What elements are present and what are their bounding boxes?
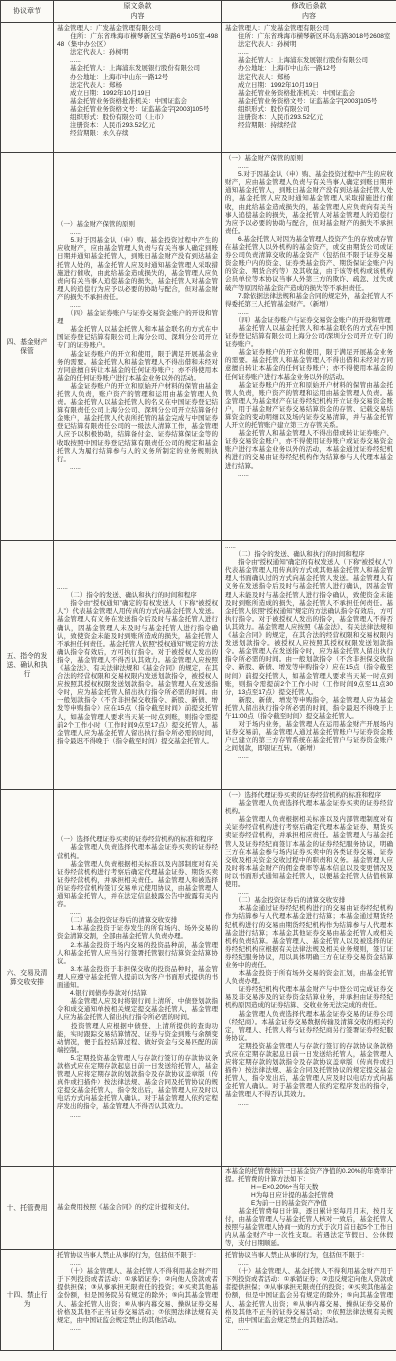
- revised-clause-text: 托管协议当事人禁止从事的行为，包括但不限于： ...... （十）基金管理人、基…: [225, 1252, 393, 1333]
- original-clause-cell: 托管协议当事人禁止从事的行为，包括但不限于： ...... （十）基金管理人、基…: [54, 1250, 222, 1351]
- chapter-cell: 十四、禁止行为: [1, 1250, 54, 1351]
- revised-clause-text: ...... （二）指令的发送、确认和执行的时间和程序 指令由“授权通知”确定的…: [225, 543, 393, 762]
- table-row-custody: 四、基金财产保管 （一）基金财产保管的原则 ...... 5.对于因基金认（申）…: [1, 153, 396, 541]
- chapter-cell: 六、交易及清算交收安排: [1, 790, 54, 1167]
- header-revised: 修改后条款 内容: [222, 1, 396, 23]
- table-row-custody-fee: 十、托管费用 基金费用按照《基金合同》的约定计提和支付。 本基金的托管费按前一日…: [1, 1167, 396, 1250]
- revised-clause-text: 基金管理人：广发基金管理有限公司 住所：广东省珠海市横琴新区环岛东路3018号2…: [225, 25, 393, 130]
- original-clause-text: ...... （二）指令的发送、确认和执行的时间和程序 指令由“授权通知”确定的…: [57, 584, 218, 746]
- original-clause-cell: （一）选择代理证券买卖的证券经营机构的标准和程序 基金管理人负责选择代理本基金证…: [54, 790, 222, 1167]
- chapter-label: 五、指令的发送、确认和执行: [4, 652, 50, 679]
- original-clause-cell: （一）基金财产保管的原则 ...... 5.对于因基金认（申）购、基金投资过程中…: [54, 153, 222, 541]
- table-row-instructions: 五、指令的发送、确认和执行 ...... （二）指令的发送、确认和执行的时间和程…: [1, 541, 396, 790]
- original-clause-text: （一）选择代理证券买卖的证券经营机构的标准和程序 基金管理人负责选择代理本基金证…: [57, 836, 218, 1119]
- chapter-cell: 十、托管费用: [1, 1167, 54, 1250]
- revised-clause-cell: 托管协议当事人禁止从事的行为，包括但不限于： ...... （十）基金管理人、基…: [222, 1250, 396, 1351]
- revised-clause-text: 本基金的托管费按前一日基金资产净值的0.20%的年费率计提。托管费的计算方法如下…: [225, 1168, 393, 1249]
- revised-clause-cell: （一）选择代理证券买卖的证券经营机构的标准和程序 基金管理人负责选择代理本基金证…: [222, 790, 396, 1167]
- document-page: 协议章节 原文条款 内容 修改后条款 内容 基金管理人：广发基金管理有限公司 住…: [0, 0, 396, 1351]
- revised-clause-cell: ...... （二）指令的发送、确认和执行的时间和程序 指令由“授权通知”确定的…: [222, 541, 396, 790]
- table-row-parties: 基金管理人：广发基金管理有限公司 住所：广东省珠海市横琴新区宝华路6号105室-…: [1, 23, 396, 153]
- revised-clause-cell: （一）基金财产保管的原则 ...... 5.对于因基金认（申）购、基金投资过程中…: [222, 153, 396, 541]
- revised-clause-cell: 基金管理人：广发基金管理有限公司 住所：广东省珠海市横琴新区环岛东路3018号2…: [222, 23, 396, 153]
- header-chapter: 协议章节: [1, 1, 54, 23]
- original-clause-text: （一）基金财产保管的原则 ...... 5.对于因基金认（申）购、基金投资过程中…: [57, 221, 218, 472]
- original-clause-text: 基金费用按照《基金合同》的约定计提和支付。: [57, 1204, 218, 1212]
- revised-clause-text: （一）选择代理证券买卖的证券经营机构的标准和程序 基金管理人负责选择代理本基金证…: [225, 792, 393, 1108]
- table-row-settlement: 六、交易及清算交收安排 （一）选择代理证券买卖的证券经营机构的标准和程序 基金管…: [1, 790, 396, 1167]
- original-clause-text: 托管协议当事人禁止从事的行为，包括但不限于： ...... （十）基金管理人、基…: [57, 1252, 218, 1333]
- chapter-label: 十四、禁止行为: [4, 1291, 50, 1309]
- chapter-label: 四、基金财产保管: [4, 338, 50, 356]
- header-original: 原文条款 内容: [54, 1, 222, 23]
- revised-clause-text: （一）基金财产保管的原则 ...... 5.对于因基金认（申）购、基金投资过程中…: [225, 155, 393, 479]
- header-chapter-label: 协议章节: [4, 7, 50, 17]
- revised-clause-cell: 本基金的托管费按前一日基金资产净值的0.20%的年费率计提。托管费的计算方法如下…: [222, 1167, 396, 1250]
- table-row-prohibited: 十四、禁止行为 托管协议当事人禁止从事的行为，包括但不限于： ...... （十…: [1, 1250, 396, 1351]
- chapter-cell: [1, 23, 54, 153]
- chapter-label: 十、托管费用: [4, 1204, 50, 1213]
- original-clause-cell: 基金管理人：广发基金管理有限公司 住所：广东省珠海市横琴新区宝华路6号105室-…: [54, 23, 222, 153]
- header-revised-label: 修改后条款 内容: [225, 2, 393, 21]
- original-clause-text: 基金管理人：广发基金管理有限公司 住所：广东省珠海市横琴新区宝华路6号105室-…: [57, 25, 218, 138]
- chapter-cell: 五、指令的发送、确认和执行: [1, 541, 54, 790]
- clause-comparison-table: 协议章节 原文条款 内容 修改后条款 内容 基金管理人：广发基金管理有限公司 住…: [0, 0, 396, 1351]
- chapter-label: 六、交易及清算交收安排: [4, 969, 50, 987]
- header-row: 协议章节 原文条款 内容 修改后条款 内容: [1, 1, 396, 23]
- chapter-cell: 四、基金财产保管: [1, 153, 54, 541]
- header-original-label: 原文条款 内容: [57, 2, 218, 21]
- original-clause-cell: ...... （二）指令的发送、确认和执行的时间和程序 指令由“授权通知”确定的…: [54, 541, 222, 790]
- original-clause-cell: 基金费用按照《基金合同》的约定计提和支付。: [54, 1167, 222, 1250]
